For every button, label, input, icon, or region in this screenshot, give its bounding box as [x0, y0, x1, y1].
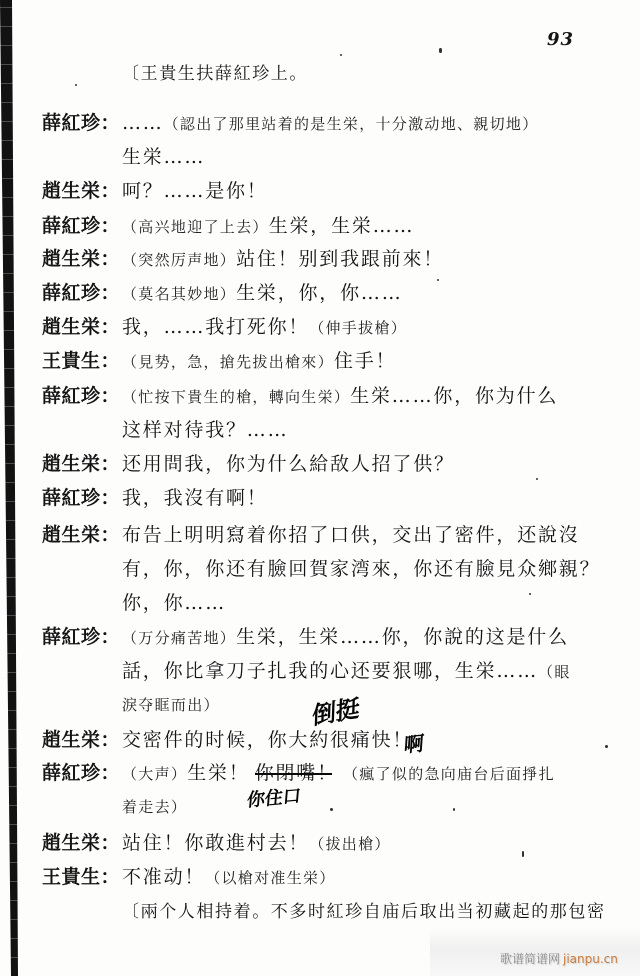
scan-speck [453, 808, 455, 811]
speaker-label: 王貴生： [42, 866, 120, 888]
acting-direction: （莫名其妙地） [122, 285, 236, 303]
acting-direction: 着走去） [122, 798, 187, 816]
dialogue-text: 生栄…… [122, 146, 205, 168]
stage-direction-text: 〔王貴生扶薛紅珍上。 [122, 63, 308, 85]
scan-speck [605, 745, 608, 748]
scan-speck [340, 54, 342, 56]
speaker-label: 薛紅珍： [42, 385, 120, 407]
dialogue-text: 我，……我打死你！ [122, 316, 309, 338]
dialogue-text: 有，你，你还有臉回賀家湾來，你还有臉見众鄉親？ [122, 558, 600, 580]
scan-speck [522, 851, 524, 857]
acting-direction: （万分痛苦地） [122, 629, 236, 647]
dialogue-text: 呵？……是你！ [122, 180, 268, 202]
dialogue-text: 站住！别到我跟前來！ [236, 248, 444, 270]
scan-speck [75, 84, 77, 86]
acting-direction: （突然厉声地） [122, 251, 236, 269]
acting-direction: （見势，急，搶先拔出槍來） [122, 353, 334, 371]
speaker-label: 薛紅珍： [42, 282, 120, 304]
handwritten-annotation: 倒挺 [312, 687, 361, 731]
page-number: 93 [547, 29, 574, 50]
dialogue-text: 站住！你敢進村去！ [122, 832, 309, 854]
stage-direction-text: 〔兩个人相持着。不多时紅珍自庙后取出当初藏起的那包密 [122, 901, 606, 923]
scan-speck [439, 48, 442, 53]
speaker-label: 趙生栄： [42, 524, 120, 546]
dialogue-text: 生栄，生栄……你，你說的这是什么 [236, 626, 569, 648]
dialogue-text: 生栄……你，你为什么 [350, 385, 558, 407]
acting-direction: （瘋了似的急向庙台后面掙扎 [343, 765, 555, 783]
acting-direction: （忙按下貴生的槍，轉向生栄） [122, 388, 350, 406]
dialogue-text: 你，你…… [122, 592, 226, 614]
scan-binding-edge-texture [0, 0, 22, 976]
dialogue-text: 这样对待我？…… [122, 419, 288, 441]
speaker-label: 王貴生： [42, 350, 120, 372]
watermark-domain: jianpu.cn [563, 952, 618, 966]
acting-direction: （大声） [122, 765, 187, 783]
speaker-label: 趙生栄： [42, 248, 120, 270]
dialogue-text: 生栄，生栄…… [269, 215, 415, 237]
dialogue-text: 布告上明明寫着你招了口供，交出了密件，还說沒 [122, 524, 580, 546]
acting-direction: （以槍对准生栄） [205, 869, 335, 887]
dialogue-text: 話，你比拿刀子扎我的心还要狠哪，生栄…… [122, 660, 538, 682]
acting-direction: （認出了那里站着的是生栄，十分激动地、親切地） [164, 115, 539, 133]
acting-direction: （拔出槍） [309, 835, 391, 853]
scan-speck [437, 279, 439, 281]
dialogue-text: 我，我沒有啊！ [122, 487, 268, 509]
speaker-label: 趙生栄： [42, 180, 120, 202]
dialogue-text: 生栄！ [187, 762, 249, 784]
dialogue-text: 住手！ [334, 350, 396, 372]
dialogue-text: 生栄，你，你…… [236, 282, 402, 304]
scan-speck [330, 808, 333, 811]
speaker-label: 趙生栄： [42, 729, 120, 751]
acting-direction: （高兴地迎了上去） [122, 218, 269, 236]
acting-direction: （伸手拔槍） [309, 319, 407, 337]
acting-direction: （眼 [538, 663, 571, 681]
speaker-label: 趙生栄： [42, 453, 120, 475]
speaker-label: 趙生栄： [42, 832, 120, 854]
speaker-label: 趙生栄： [42, 316, 120, 338]
struck-through-text: 你閉嘴！ [255, 762, 338, 784]
watermark-site-name: 歌谱简谱网 [500, 952, 560, 966]
speaker-label: 薛紅珍： [42, 626, 120, 648]
speaker-label: 薛紅珍： [42, 487, 120, 509]
dialogue-text: …… [122, 112, 164, 134]
speaker-label: 薛紅珍： [42, 215, 120, 237]
handwritten-annotation: 你住口 [246, 781, 302, 812]
acting-direction: 淚夺眶而出） [122, 696, 220, 714]
dialogue-text: 还用問我，你为什么給敌人招了供？ [122, 453, 455, 475]
handwritten-annotation: 啊 [403, 727, 425, 758]
scan-speck [529, 593, 531, 595]
scan-speck [536, 478, 538, 480]
speaker-label: 薛紅珍： [42, 762, 120, 784]
dialogue-text: 不准动！ [122, 866, 205, 888]
watermark: 歌谱简谱网jianpu.cn [500, 950, 618, 967]
dialogue-text: 交密件的时候，你大約很痛快！ [122, 729, 413, 751]
speaker-label: 薛紅珍： [42, 112, 120, 134]
